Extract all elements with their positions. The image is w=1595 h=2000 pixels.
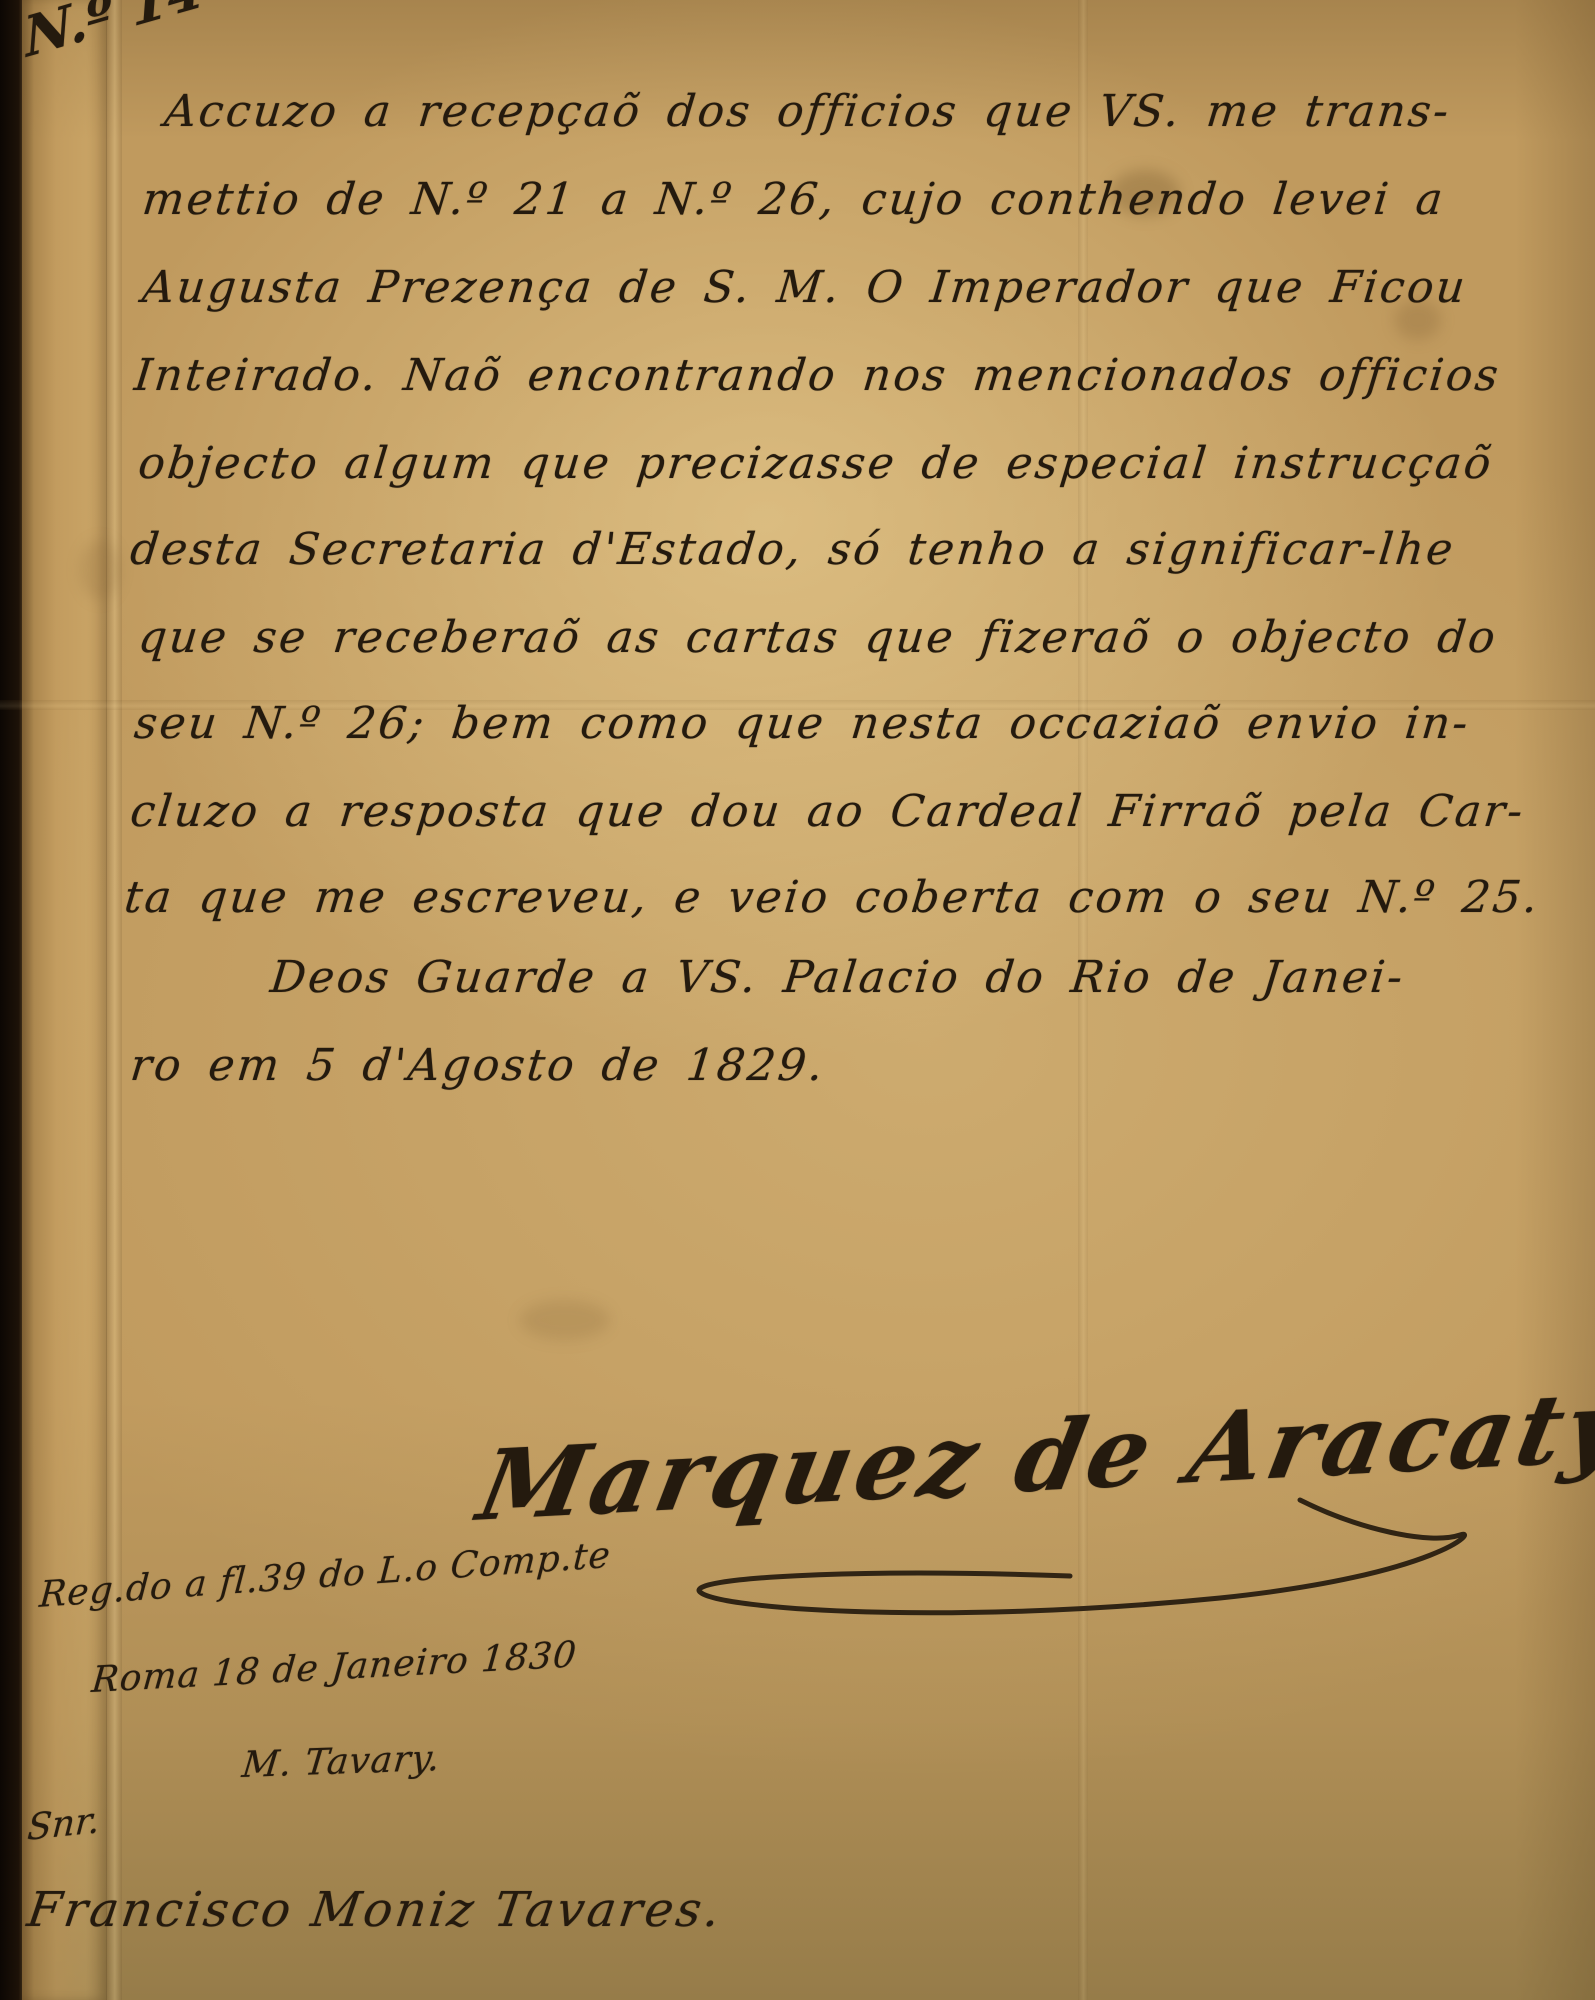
letter-line: Inteirado. Naõ encontrando nos mencionad… <box>132 350 1503 401</box>
letter-line: que se receberaõ as cartas que fizeraõ o… <box>136 612 1500 663</box>
registration-line: Roma 18 de Janeiro 1830 <box>90 1634 579 1701</box>
letter-line: Augusta Prezença de S. M. O Imperador qu… <box>140 262 1470 313</box>
signature-flourish <box>600 1490 1480 1630</box>
addressee-honorific: Snr. <box>26 1800 101 1849</box>
manuscript-page-scan: N.º 14 Accuzo a recepçaõ dos officios qu… <box>0 0 1595 2000</box>
letter-line: cluzo a resposta que dou ao Cardeal Firr… <box>128 786 1527 837</box>
letter-line: mettio de N.º 21 a N.º 26, cujo conthend… <box>140 174 1447 225</box>
ink-stain <box>80 540 120 600</box>
ink-stain <box>520 1300 610 1340</box>
letter-line-date: ro em 5 d'Agosto de 1829. <box>128 1040 828 1091</box>
addressee-name: Francisco Moniz Tavares. <box>24 1882 726 1938</box>
letter-line: desta Secretaria d'Estado, só tenho a si… <box>128 524 1458 575</box>
letter-line-valediction: Deos Guarde a VS. Palacio do Rio de Jane… <box>268 952 1407 1003</box>
letter-line: ta que me escreveu, e veio coberta com o… <box>122 872 1542 923</box>
letter-line: objecto algum que precizasse de especial… <box>136 438 1496 489</box>
registration-signature: M. Tavary. <box>240 1738 443 1786</box>
letter-line: seu N.º 26; bem como que nesta occaziaõ … <box>132 698 1473 749</box>
letter-line: Accuzo a recepçaõ dos officios que VS. m… <box>162 86 1453 137</box>
registration-line: Reg.do a fl.39 do L.o Comp.te <box>38 1535 612 1616</box>
